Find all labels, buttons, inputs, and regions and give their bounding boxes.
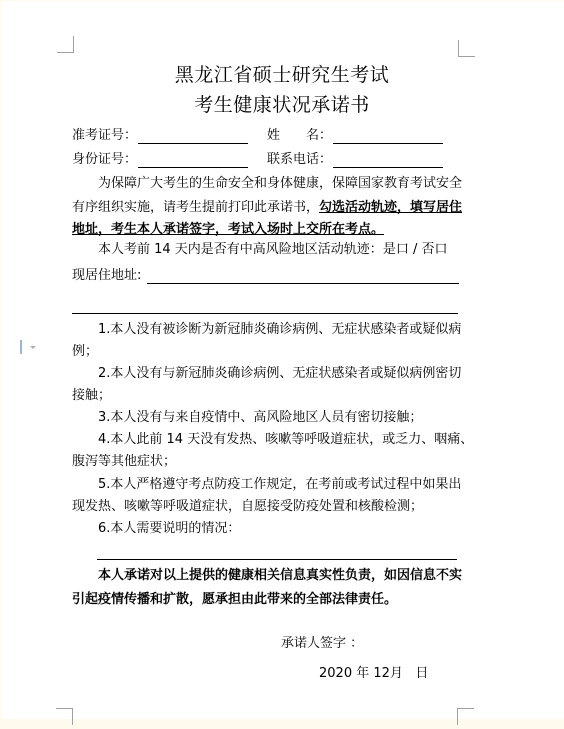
address-label: 现居住地址: [72,268,141,284]
paragraph-options-button[interactable] [20,339,36,355]
margin-mark-top-right [458,40,475,57]
signature-label: 承诺人签字 ： [281,636,363,652]
name-label: 姓 名： [267,128,332,144]
date-line: 2020 年 12月 日 [319,666,428,682]
exam-number-label: 准考证号： [72,128,137,144]
option-separator: / [413,242,417,257]
declaration-line2: 引起疫情传播和扩散，愿承担由此带来的全部法律责任。 [72,592,397,608]
item-5-line1: 5.本人严格遵守考点防疫工作规定，在考前或考试过程中如果出 [98,477,461,493]
id-number-field[interactable] [138,167,248,168]
document-icon [20,340,22,354]
no-checkbox[interactable]: 口 [435,242,448,257]
address-field-line2[interactable] [72,313,458,314]
date-month-unit: 月 [390,666,403,681]
exam-number-field[interactable] [138,143,248,144]
document-title-line1: 黑龙江省硕士研究生考试 [0,60,564,87]
chevron-down-icon [30,346,36,349]
item-1-line1: 1.本人没有被诊断为新冠肺炎确诊病例、无症状感染者或疑似病 [98,322,461,338]
id-number-label: 身份证号： [72,152,137,168]
intro-line2-emphasis: 勾选活动轨迹，填写居住 [319,200,462,215]
yes-option-label: 是 [383,242,396,257]
item-4-line1: 4.本人此前 14 天没有发热、咳嗽等呼吸道症状，或乏力、咽痛、 [98,432,473,448]
item-1-line2: 例； [72,344,98,360]
intro-line2-plain: 有序组织实施，请考生提前打印此承诺书， [72,200,319,215]
intro-line2: 有序组织实施，请考生提前打印此承诺书，勾选活动轨迹，填写居住 [72,200,462,216]
intro-line1: 为保障广大考生的生命安全和身体健康，保障国家教育考试安全 [98,176,462,192]
intro-line3-emphasis: 地址，考生本人承诺签字，考试入场时上交所在考点。 [72,222,384,238]
date-month: 12 [373,666,390,681]
item-2-line2: 接触； [72,388,111,404]
item-6-line1: 6.本人需要说明的情况： [98,521,240,537]
date-day-unit: 日 [415,666,428,681]
document-title-line2: 考生健康状况承诺书 [0,90,564,117]
margin-mark-top-left [57,36,74,53]
address-field-line1[interactable] [147,283,459,284]
item-3-line1: 3.本人没有与来自疫情中、高风险地区人员有密切接触； [98,410,422,426]
name-field[interactable] [333,143,443,144]
risk-question: 本人考前 14 天内是否有中高风险地区活动轨迹：是口 / 否口 [98,242,448,258]
item-5-line2: 现发热、咳嗽等呼吸道症状，自愿接受防疫处置和核酸检测； [72,499,423,515]
item-2-line1: 2.本人没有与新冠肺炎确诊病例、无症状感染者或疑似病例密切 [98,366,461,382]
risk-question-text: 本人考前 14 天内是否有中高风险地区活动轨迹： [98,242,383,257]
margin-mark-bottom-right [457,708,474,725]
date-year-unit: 年 [356,666,369,681]
item-4-line2: 腹泻等其他症状； [72,454,176,470]
phone-label: 联系电话： [267,152,332,168]
date-year: 2020 [319,666,352,681]
margin-mark-bottom-left [56,708,73,725]
phone-field[interactable] [333,167,443,168]
no-option-label: 否 [422,242,435,257]
yes-checkbox[interactable]: 口 [396,242,409,257]
explanation-field[interactable] [97,559,457,560]
declaration-line1: 本人承诺对以上提供的健康相关信息真实性负责，如因信息不实 [98,568,462,584]
